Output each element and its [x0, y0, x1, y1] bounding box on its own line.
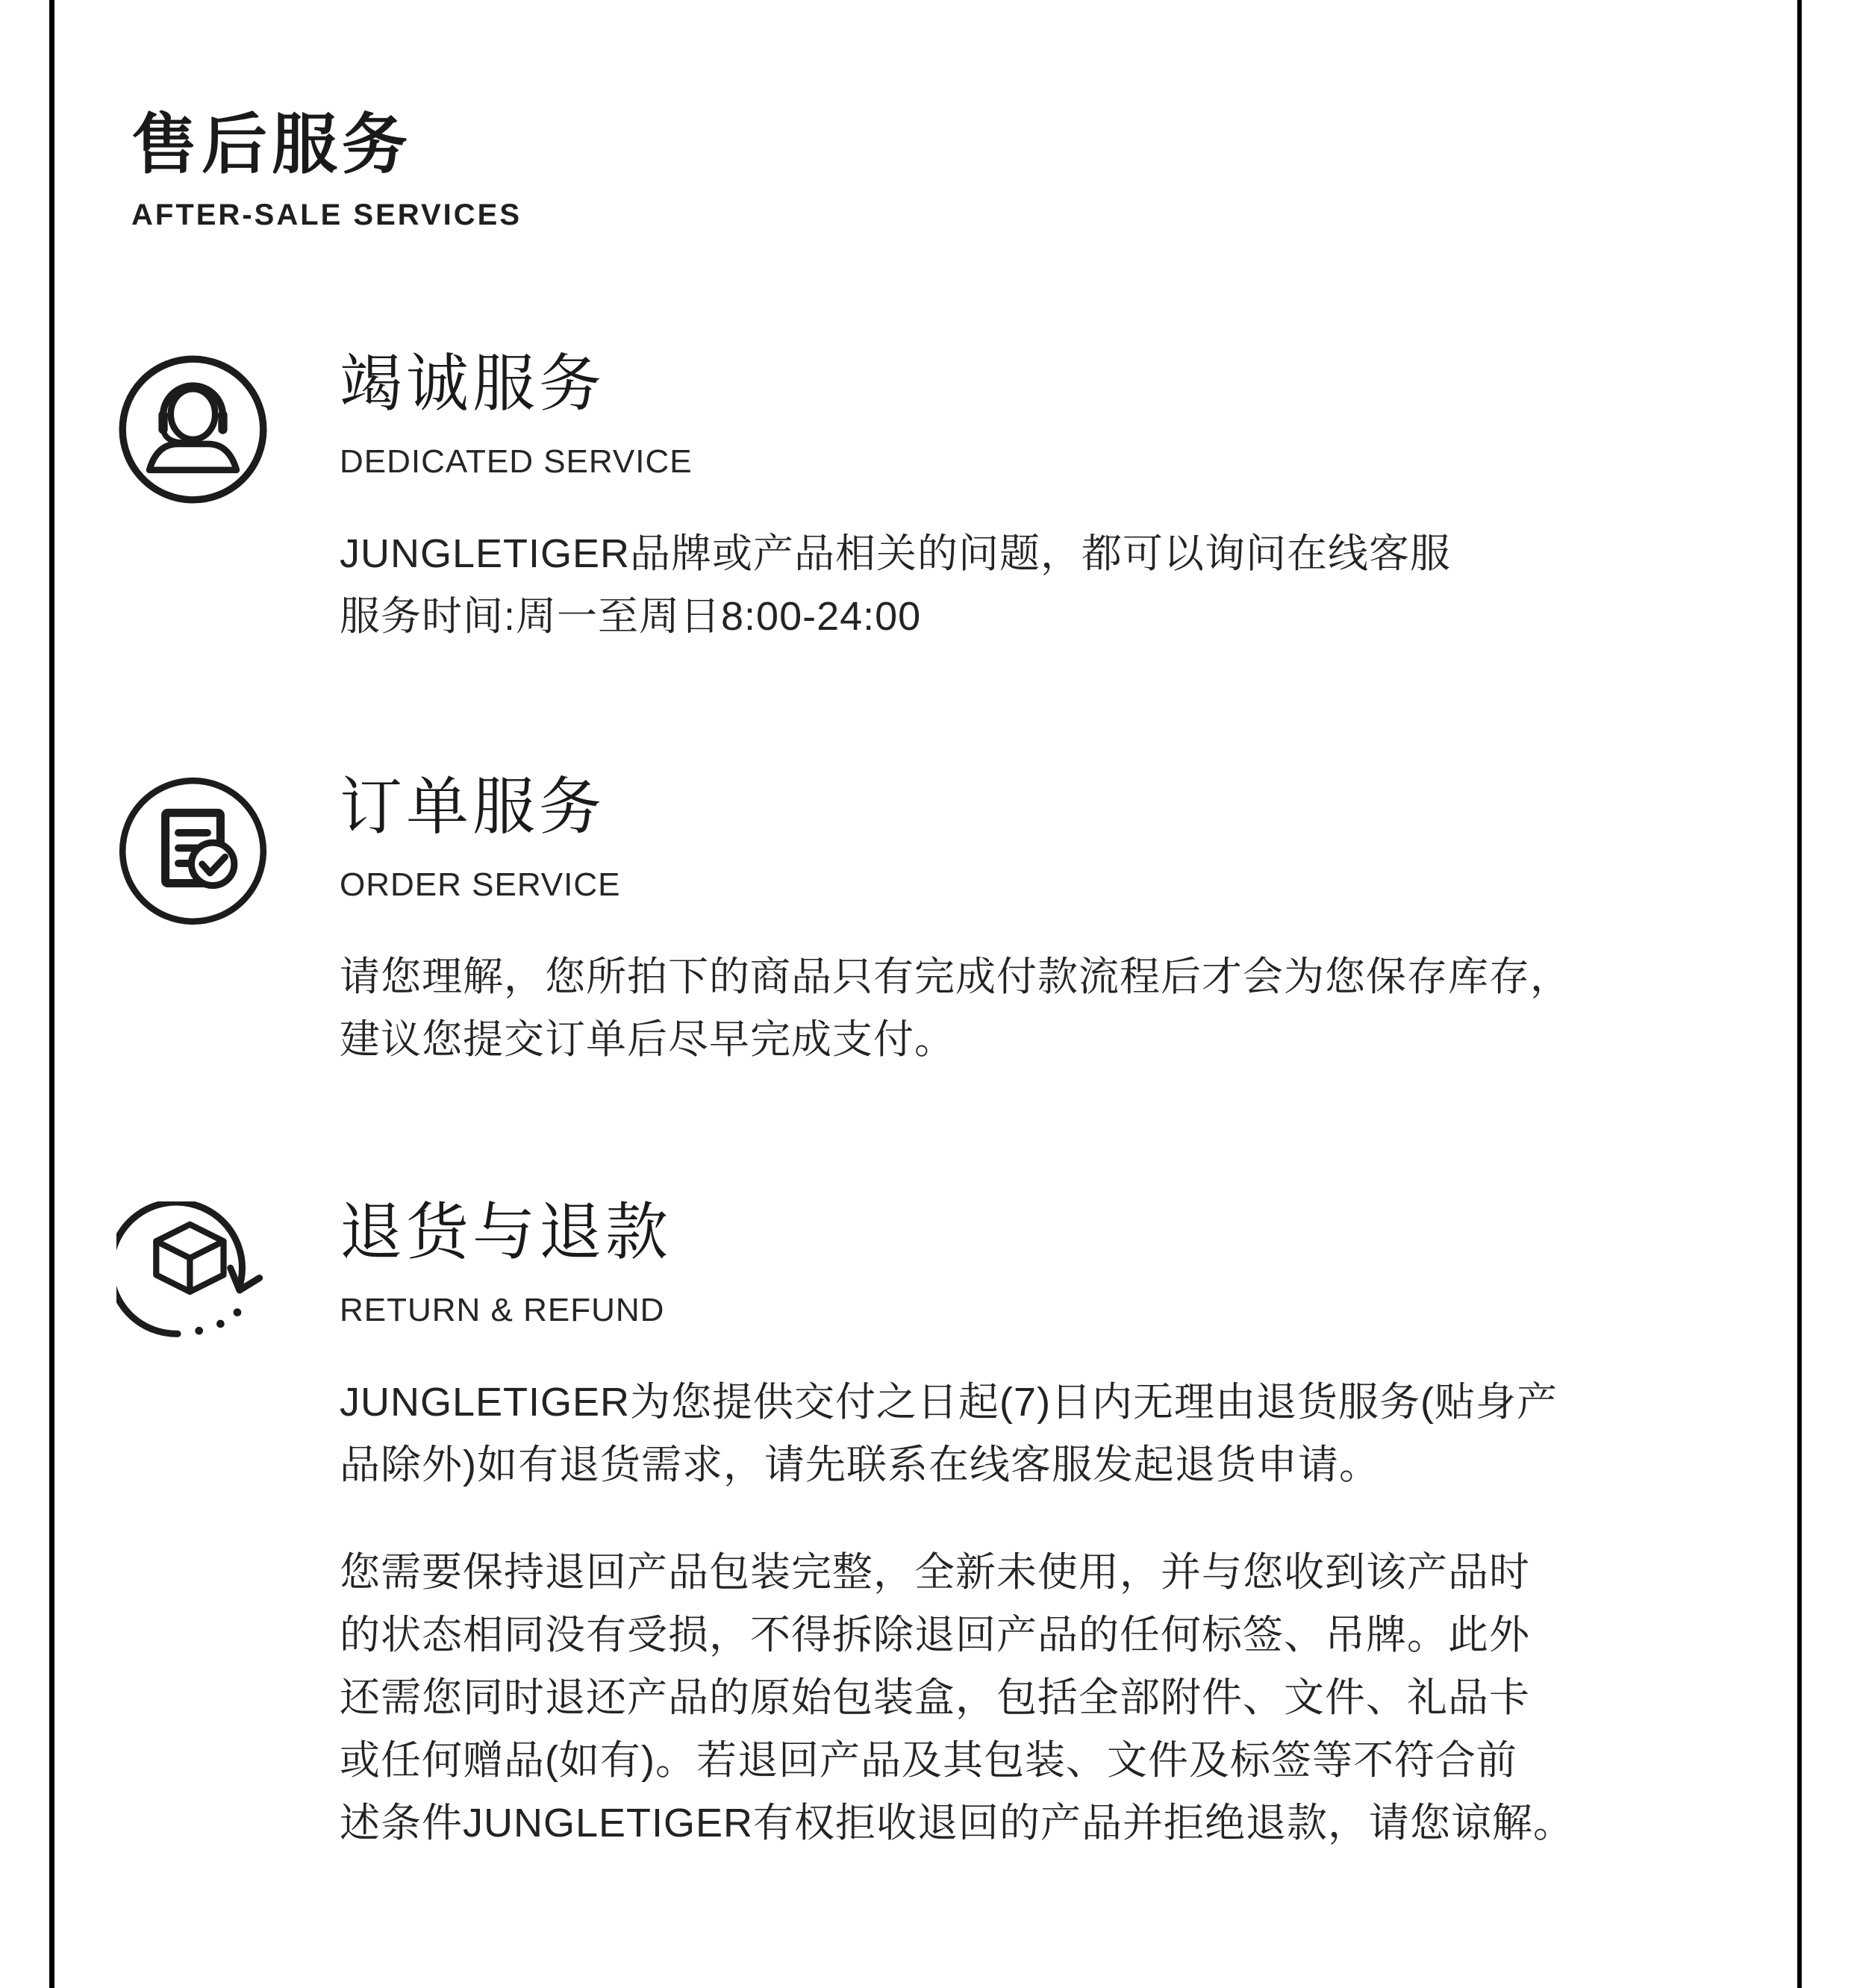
section-title: 退货与退款: [340, 1198, 672, 1266]
page-title-block: 售后服务 AFTER-SALE SERVICES: [131, 110, 522, 232]
page-title: 售后服务: [131, 110, 522, 179]
after-sale-services-panel: 售后服务 AFTER-SALE SERVICES 竭诚服务 DEDICATED …: [0, 0, 1851, 1988]
order-check-icon: [116, 775, 269, 928]
return-box-icon: [116, 1201, 269, 1354]
page-subtitle: AFTER-SALE SERVICES: [131, 199, 522, 232]
return-refund-policy-text: JUNGLETIGER为您提供交付之日起(7)日内无理由退货服务(贴身产 品除外…: [340, 1371, 1558, 1496]
section-title: 订单服务: [340, 772, 621, 841]
return-refund-conditions-text: 您需要保持退回产品包装完整，全新未使用，并与您收到该产品时 的状态相同没有受损，…: [340, 1541, 1574, 1854]
section-return-refund: 退货与退款 RETURN & REFUND: [340, 1198, 672, 1329]
section-order-service: 订单服务 ORDER SERVICE: [340, 772, 621, 904]
order-service-text: 请您理解，您所拍下的商品只有完成付款流程后才会为您保存库存， 建议您提交订单后尽…: [340, 945, 1571, 1071]
right-border-rule: [1797, 0, 1802, 1988]
left-border-rule: [49, 0, 54, 1988]
section-subtitle: RETURN & REFUND: [340, 1292, 672, 1329]
section-subtitle: DEDICATED SERVICE: [340, 443, 693, 481]
section-subtitle: ORDER SERVICE: [340, 866, 621, 904]
dedicated-service-text: JUNGLETIGER品牌或产品相关的问题，都可以询问在线客服 服务时间:周一至…: [340, 522, 1451, 648]
section-dedicated-service: 竭诚服务 DEDICATED SERVICE: [340, 349, 693, 481]
section-title: 竭诚服务: [340, 349, 693, 418]
headset-agent-icon: [116, 353, 269, 506]
